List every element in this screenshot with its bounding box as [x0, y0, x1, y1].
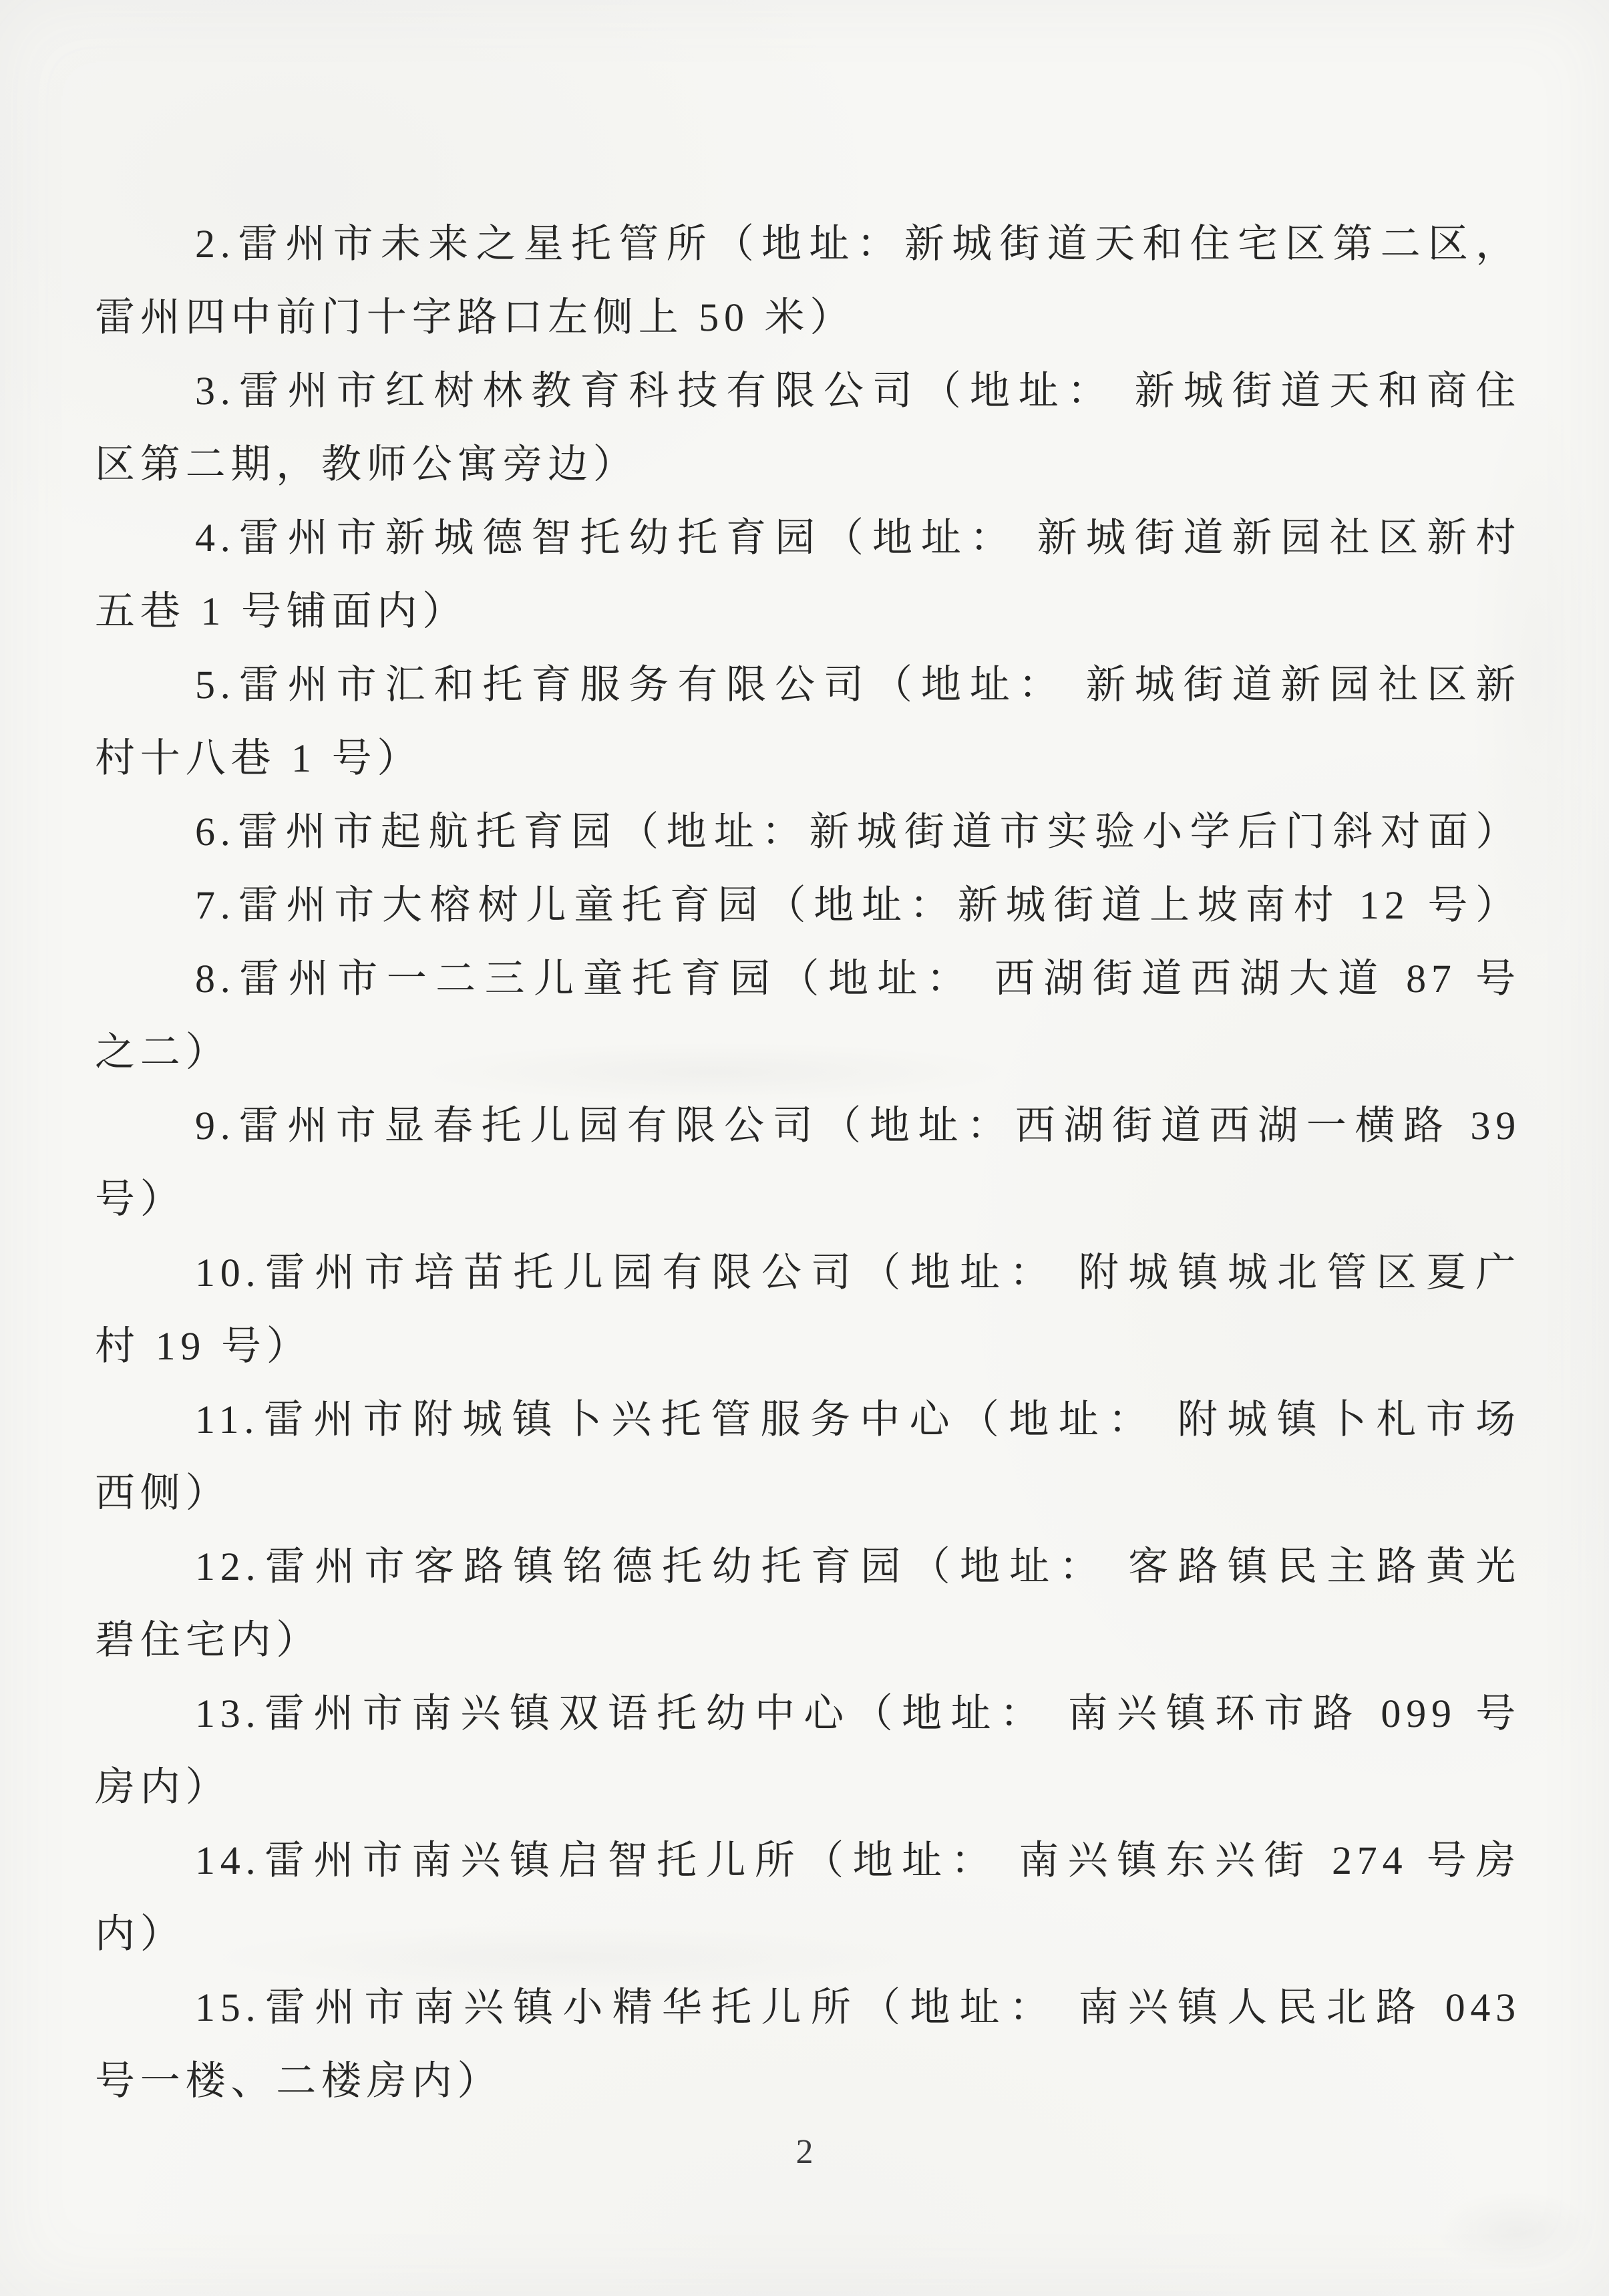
list-item-line: 13.雷州市南兴镇双语托幼中心（地址： 南兴镇环市路 099 号 [95, 1677, 1521, 1750]
bleed-through-smudge [1436, 2191, 1596, 2271]
page-number: 2 [0, 2132, 1609, 2172]
list-item-line: 雷州四中前门十字路口左侧上 50 米） [95, 281, 1521, 354]
list-item-line: 村十八巷 1 号） [95, 721, 1521, 795]
list-item-line: 5.雷州市汇和托育服务有限公司（地址： 新城街道新园社区新 [95, 648, 1521, 721]
list-item-line: 10.雷州市培苗托儿园有限公司（地址： 附城镇城北管区夏广 [95, 1236, 1521, 1309]
list-item: 4.雷州市新城德智托幼托育园（地址： 新城街道新园社区新村五巷 1 号铺面内） [95, 501, 1521, 648]
list-item-line: 3.雷州市红树林教育科技有限公司（地址： 新城街道天和商住 [95, 354, 1521, 428]
list-item-line: 7.雷州市大榕树儿童托育园（地址：新城街道上坡南村 12 号） [95, 868, 1521, 942]
list-item: 10.雷州市培苗托儿园有限公司（地址： 附城镇城北管区夏广村 19 号） [95, 1236, 1521, 1383]
list-item: 12.雷州市客路镇铭德托幼托育园（地址： 客路镇民主路黄光碧住宅内） [95, 1530, 1521, 1677]
list-item-line: 村 19 号） [95, 1309, 1521, 1383]
list-item-line: 15.雷州市南兴镇小精华托儿所（地址： 南兴镇人民北路 043 [95, 1971, 1521, 2044]
document-list: 2.雷州市未来之星托管所（地址：新城街道天和住宅区第二区，雷州四中前门十字路口左… [95, 207, 1521, 2118]
list-item-line: 碧住宅内） [95, 1603, 1521, 1677]
list-item-line: 11.雷州市附城镇卜兴托管服务中心（地址： 附城镇卜札市场 [95, 1383, 1521, 1456]
list-item-line: 五巷 1 号铺面内） [95, 575, 1521, 648]
list-item-line: 9.雷州市显春托儿园有限公司（地址：西湖街道西湖一横路 39 [95, 1089, 1521, 1162]
list-item: 8.雷州市一二三儿童托育园（地址： 西湖街道西湖大道 87 号之二） [95, 942, 1521, 1089]
list-item-line: 之二） [95, 1015, 1521, 1089]
list-item-line: 号） [95, 1162, 1521, 1236]
list-item: 14.雷州市南兴镇启智托儿所（地址： 南兴镇东兴街 274 号房内） [95, 1824, 1521, 1971]
list-item: 9.雷州市显春托儿园有限公司（地址：西湖街道西湖一横路 39号） [95, 1089, 1521, 1236]
list-item-line: 西侧） [95, 1456, 1521, 1530]
list-item: 15.雷州市南兴镇小精华托儿所（地址： 南兴镇人民北路 043号一楼、二楼房内） [95, 1971, 1521, 2118]
list-item-line: 6.雷州市起航托育园（地址：新城街道市实验小学后门斜对面） [95, 795, 1521, 868]
list-item-line: 区第二期，教师公寓旁边） [95, 428, 1521, 501]
list-item: 11.雷州市附城镇卜兴托管服务中心（地址： 附城镇卜札市场西侧） [95, 1383, 1521, 1530]
list-item-line: 8.雷州市一二三儿童托育园（地址： 西湖街道西湖大道 87 号 [95, 942, 1521, 1015]
scanned-document-page: 2.雷州市未来之星托管所（地址：新城街道天和住宅区第二区，雷州四中前门十字路口左… [0, 0, 1609, 2296]
list-item-line: 14.雷州市南兴镇启智托儿所（地址： 南兴镇东兴街 274 号房 [95, 1824, 1521, 1897]
list-item-line: 号一楼、二楼房内） [95, 2044, 1521, 2118]
list-item: 5.雷州市汇和托育服务有限公司（地址： 新城街道新园社区新村十八巷 1 号） [95, 648, 1521, 795]
list-item: 3.雷州市红树林教育科技有限公司（地址： 新城街道天和商住区第二期，教师公寓旁边… [95, 354, 1521, 501]
list-item: 7.雷州市大榕树儿童托育园（地址：新城街道上坡南村 12 号） [95, 868, 1521, 942]
list-item-line: 12.雷州市客路镇铭德托幼托育园（地址： 客路镇民主路黄光 [95, 1530, 1521, 1603]
list-item: 13.雷州市南兴镇双语托幼中心（地址： 南兴镇环市路 099 号房内） [95, 1677, 1521, 1824]
list-item-line: 内） [95, 1897, 1521, 1971]
list-item-line: 4.雷州市新城德智托幼托育园（地址： 新城街道新园社区新村 [95, 501, 1521, 575]
list-item-line: 2.雷州市未来之星托管所（地址：新城街道天和住宅区第二区， [95, 207, 1521, 281]
list-item: 2.雷州市未来之星托管所（地址：新城街道天和住宅区第二区，雷州四中前门十字路口左… [95, 207, 1521, 354]
list-item-line: 房内） [95, 1750, 1521, 1824]
list-item: 6.雷州市起航托育园（地址：新城街道市实验小学后门斜对面） [95, 795, 1521, 868]
